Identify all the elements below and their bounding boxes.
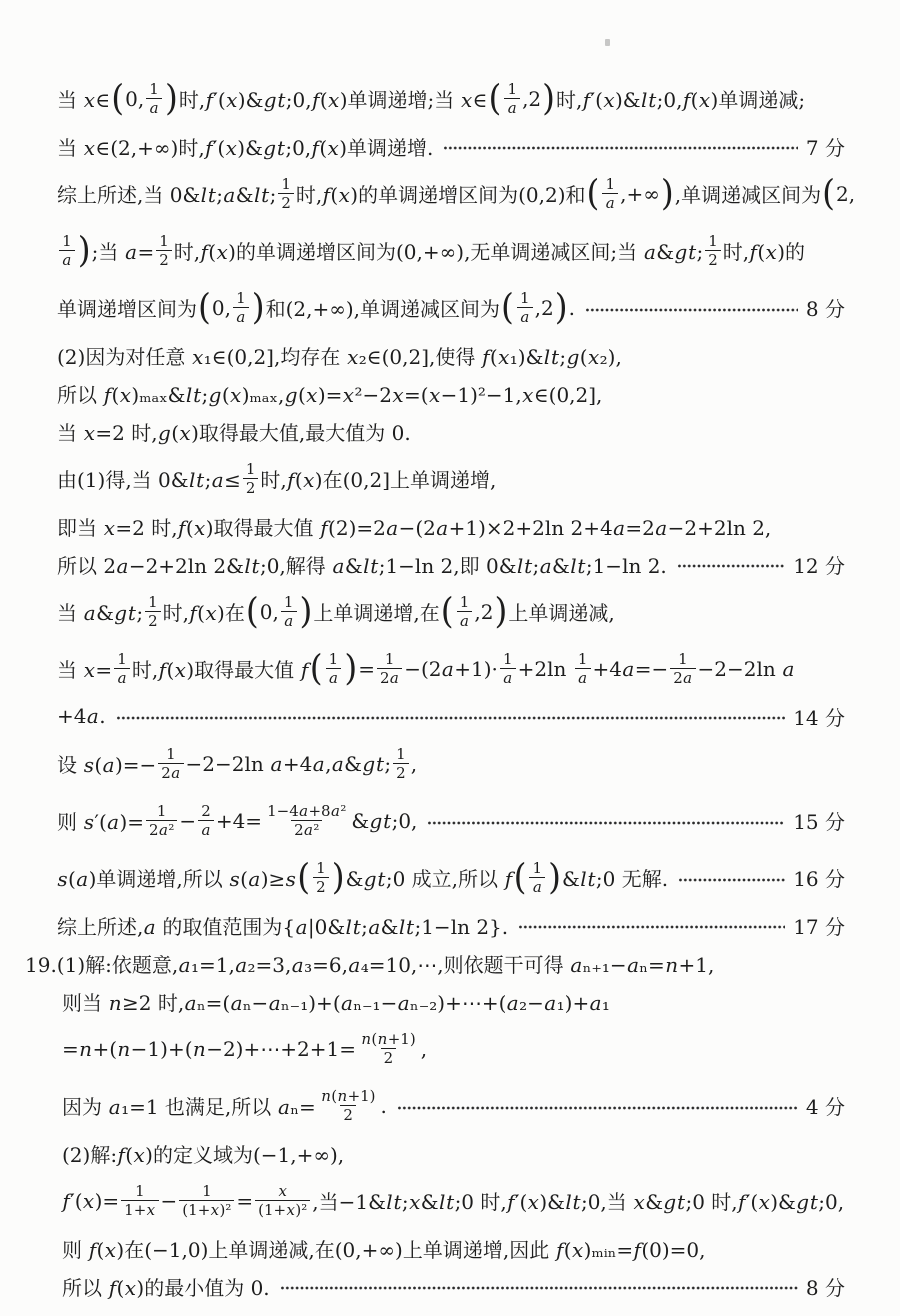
fraction-numerator: n(n+1) [318,1087,379,1105]
text-run: = [236,1189,253,1213]
fraction: 12 [156,232,172,269]
score-marker: 7 分 [806,132,845,161]
text-run: . [569,296,575,320]
fraction-numerator: 1 [393,745,409,763]
fraction-numerator: 1 [675,650,691,668]
text-run: +4a=− [593,657,669,681]
big-close-paren: ) [661,179,674,208]
fraction-numerator: 1 [156,232,172,250]
text-run: 所以 f(x)ₘₐₓ&lt;g(x)ₘₐₓ,g(x)=x²−2x=(x−1)²−… [57,379,602,408]
fraction-numerator: 1 [278,175,294,193]
fraction-denominator: a [575,668,591,687]
text-run: +4a. [57,704,106,728]
solution-line-17: s(a)单调递增,所以 s(a)≥s(12)&gt;0 成立,所以 f(1a)&… [57,849,845,906]
text-run: − [179,809,196,833]
text-run: 0, [125,87,144,111]
big-close-paren: ) [300,597,313,626]
fraction: 1a [59,232,75,269]
fraction-numerator: 1 [154,802,170,820]
solution-line-07: 所以 f(x)ₘₐₓ&lt;g(x)ₘₐₓ,g(x)=x²−2x=(x−1)²−… [57,374,845,412]
dot-leader [677,560,785,572]
big-close-paren: ) [78,236,91,265]
dot-leader [280,1282,798,1294]
big-open-paren: ( [246,597,259,626]
solution-line-03: 综上所述,当 0&lt;a&lt;12时,f(x)的单调递增区间为(0,2)和(… [57,165,845,222]
dot-leader [518,921,785,933]
text-run: 时,f(x)的单调递增区间为(0,+∞),无单调递减区间;当 a&gt; [174,236,704,265]
text-run: 则当 n≥2 时,aₙ=(aₙ−aₙ₋₁)+(aₙ₋₁−aₙ₋₂)+⋯+(a₂−… [62,987,610,1016]
dot-leader [443,142,798,154]
text-run: 上单调递增,在 [313,597,439,626]
text-run: 时,f′(x)&lt;0,f(x)单调递减; [556,84,805,113]
fraction-numerator: 1 [114,650,130,668]
text-run: 即当 x=2 时,f(x)取得最大值 f(2)=2a−(2a+1)×2+2ln … [57,512,771,541]
text-run: 时,f(x)在(0,2]上单调递增, [260,464,496,493]
text-run: − [161,1189,178,1213]
text-run: −(2a+1)· [404,657,498,681]
fraction: 1a [281,593,297,630]
solution-line-23: (2)解:f(x)的定义域为(−1,+∞), [62,1134,845,1172]
fraction-numerator: 1 [243,460,259,478]
text-run: 综上所述,当 0&lt;a&lt; [57,179,276,208]
big-open-paren: ( [297,863,310,892]
fraction-numerator: 1−4a+8a² [264,802,349,820]
score-marker: 16 分 [793,863,845,892]
score-marker: 17 分 [793,911,845,940]
solution-line-12: 当 a&gt;12时,f(x)在(0,1a)上单调递增,在(1a,2)上单调递减… [57,583,845,640]
fraction: 12 [705,232,721,269]
fraction-numerator: 1 [517,289,533,307]
big-close-paren: ) [252,293,265,322]
text-run: 单调递增区间为 [57,293,197,322]
solution-line-11: 所以 2a−2+2ln 2&lt;0,解得 a&lt;1−ln 2,即 0&lt… [57,545,845,583]
text-run: 设 s(a)=− [57,749,156,778]
text-run: 时,f(x)在 [163,597,245,626]
solution-line-14: +4a.14 分 [57,697,845,735]
fraction: 1a [326,650,342,687]
fraction-numerator: 1 [233,289,249,307]
text-run: ,2 [474,600,493,624]
fraction-denominator: 2a [670,668,695,687]
solution-line-25: 则 f(x)在(−1,0)上单调递减,在(0,+∞)上单调递增,因此 f(x)ₘ… [62,1229,845,1267]
fraction: 1a [517,289,533,326]
big-open-paren: ( [501,293,514,322]
fraction-numerator: x [275,1182,290,1200]
dot-leader [116,712,786,724]
text-run: +4= [216,809,262,833]
solution-line-18: 综上所述,a 的取值范围为{a|0&lt;a&lt;1−ln 2}.17 分 [57,906,845,944]
solution-line-09: 由(1)得,当 0&lt;a≤12时,f(x)在(0,2]上单调递增, [57,450,845,507]
fraction-denominator: a [233,307,249,326]
text-run: 综上所述,a 的取值范围为{a|0&lt;a&lt;1−ln 2}. [57,911,508,940]
fraction-numerator: 1 [199,1182,215,1200]
big-open-paren: ( [514,863,527,892]
fraction-numerator: 1 [163,745,179,763]
solution-line-24: f′(x)=11+x−1(1+x)²=x(1+x)²,当−1&lt;x&lt;0… [62,1172,845,1229]
text-run: 当 a&gt; [57,597,143,626]
solution-line-19: 19.(1)解:依题意,a₁=1,a₂=3,a₃=6,a₄=10,⋯,则依题干可… [25,944,845,982]
fraction: 1a [504,80,520,117]
solution-line-01: 当 x∈(0,1a)时,f′(x)&gt;0,f(x)单调递增;当 x∈(1a,… [57,70,845,127]
text-run: 则 f(x)在(−1,0)上单调递减,在(0,+∞)上单调递增,因此 f(x)ₘ… [62,1234,706,1263]
text-run: 上单调递减, [508,597,614,626]
text-run: 0, [212,296,231,320]
fraction-denominator: a [326,668,342,687]
fraction: 2a [198,802,214,839]
fraction-denominator: 2 [145,611,161,630]
fraction-denominator: 1+x [121,1200,158,1219]
text-run: ,2 [535,296,554,320]
text-run: , [421,1037,427,1061]
solution-line-05: 单调递增区间为(0,1a)和(2,+∞),单调递减区间为(1a,2).8 分 [57,279,845,336]
solution-line-16: 则 s′(a)=12a²−2a+4=1−4a+8a²2a²&gt;0,15 分 [57,792,845,849]
fraction-denominator: 2 [393,763,409,782]
text-run: 0, [260,600,279,624]
fraction-numerator: 1 [530,859,546,877]
score-marker: 8 分 [806,1272,845,1301]
text-run: 时,f(x)的 [723,236,805,265]
fraction: 12a [158,745,183,782]
fraction: 12 [313,859,329,896]
text-run: 当 x= [57,654,112,683]
fraction: 12a [377,650,402,687]
fraction-denominator: a [517,307,533,326]
text-run: (2)因为对任意 x₁∈(0,2],均存在 x₂∈(0,2],使得 f(x₁)&… [57,341,622,370]
text-run: 则 s′(a)= [57,806,144,835]
fraction-denominator: a [198,820,214,839]
big-close-paren: ) [542,84,555,113]
big-close-paren: ) [555,293,568,322]
text-run: &gt;0 成立,所以 f [346,863,513,892]
fraction-numerator: 1 [504,80,520,98]
fraction-denominator: 2 [705,250,721,269]
big-open-paren: ( [488,84,501,113]
big-open-paren: ( [587,179,600,208]
fraction-numerator: 1 [500,650,516,668]
fraction-denominator: a [457,611,473,630]
fraction: 12 [393,745,409,782]
text-run: (2)解:f(x)的定义域为(−1,+∞), [62,1139,344,1168]
text-run: . [381,1094,387,1118]
fraction: 1a [500,650,516,687]
fraction-denominator: a [281,611,297,630]
solution-line-13: 当 x=1a时,f(x)取得最大值 f(1a)=12a−(2a+1)·1a+2l… [57,640,845,697]
fraction-numerator: 1 [281,593,297,611]
big-close-paren: ) [332,863,345,892]
fraction-numerator: 1 [457,593,473,611]
scanned-page: 当 x∈(0,1a)时,f′(x)&gt;0,f(x)单调递增;当 x∈(1a,… [0,0,900,1305]
big-open-paren: ( [198,293,211,322]
text-run: 时,f′(x)&gt;0,f(x)单调递增;当 x∈ [179,84,488,113]
fraction: 12 [278,175,294,212]
text-run: 时,f(x)取得最大值 f [132,654,309,683]
fraction-denominator: 2 [340,1105,356,1124]
text-run: ,当−1&lt;x&lt;0 时,f′(x)&lt;0,当 x&gt;0 时,f… [312,1186,844,1215]
big-open-paren: ( [111,84,124,113]
fraction-numerator: 1 [145,593,161,611]
fraction: 1a [575,650,591,687]
big-open-paren: ( [441,597,454,626]
scan-speck [605,39,610,46]
fraction-numerator: 1 [146,80,162,98]
solution-line-02: 当 x∈(2,+∞)时,f′(x)&gt;0,f(x)单调递增.7 分 [57,127,845,165]
dot-leader [678,874,785,886]
fraction: 1−4a+8a²2a² [264,802,349,839]
text-run: 当 x∈ [57,84,110,113]
big-open-paren: ( [822,179,835,208]
fraction-numerator: 1 [382,650,398,668]
fraction-denominator: (1+x)² [255,1200,310,1219]
dot-leader [397,1102,798,1114]
text-run: s(a)单调递增,所以 s(a)≥s [57,863,296,892]
solution-line-04: 1a);当 a=12时,f(x)的单调递增区间为(0,+∞),无单调递减区间;当… [57,222,845,279]
fraction-denominator: 2a² [146,820,177,839]
fraction: 1a [233,289,249,326]
text-run: ,+∞ [620,182,660,206]
score-marker: 15 分 [793,806,845,835]
text-run: 所以 2a−2+2ln 2&lt;0,解得 a&lt;1−ln 2,即 0&lt… [57,550,667,579]
fraction-numerator: 1 [326,650,342,668]
text-run: =n+(n−1)+(n−2)+⋯+2+1= [62,1037,356,1061]
fraction: n(n+1)2 [318,1087,379,1124]
text-run: &lt;0 无解. [562,863,668,892]
fraction-numerator: n(n+1) [358,1030,419,1048]
fraction-denominator: 2 [243,478,259,497]
score-marker: 12 分 [793,550,845,579]
fraction-denominator: 2a² [291,820,322,839]
text-run: , [411,752,417,776]
score-marker: 4 分 [806,1091,845,1120]
fraction-numerator: 1 [59,232,75,250]
fraction-numerator: 1 [705,232,721,250]
fraction-denominator: 2a [158,763,183,782]
text-run: 和(2,+∞),单调递减区间为 [266,293,500,322]
solution-line-10: 即当 x=2 时,f(x)取得最大值 f(2)=2a−(2a+1)×2+2ln … [57,507,845,545]
text-run: 因为 a₁=1 也满足,所以 aₙ= [62,1091,316,1120]
fraction: 12 [243,460,259,497]
fraction: 11+x [121,1182,158,1219]
text-run: −2−2ln a+4a,a&gt; [186,752,392,776]
dot-leader [585,304,798,316]
fraction-denominator: 2 [313,877,329,896]
text-run: = [358,657,375,681]
text-run: 当 x=2 时,g(x)取得最大值,最大值为 0. [57,417,411,446]
text-run: −2−2ln a [698,657,795,681]
fraction: 12a [670,650,695,687]
fraction: 1(1+x)² [179,1182,234,1219]
fraction-denominator: 2 [381,1048,397,1067]
fraction-denominator: a [504,98,520,117]
fraction-denominator: a [602,193,618,212]
score-marker: 8 分 [806,293,845,322]
fraction-numerator: 1 [575,650,591,668]
fraction-denominator: a [114,668,130,687]
text-run: 由(1)得,当 0&lt;a≤ [57,464,241,493]
fraction: 1a [602,175,618,212]
fraction: 1a [529,859,545,896]
fraction-denominator: a [529,877,545,896]
fraction: 1a [146,80,162,117]
fraction-numerator: 1 [313,859,329,877]
solution-line-15: 设 s(a)=−12a−2−2ln a+4a,a&gt;12, [57,735,845,792]
text-run: ;当 a= [92,236,155,265]
fraction-numerator: 1 [132,1182,148,1200]
fraction: x(1+x)² [255,1182,310,1219]
fraction-denominator: (1+x)² [179,1200,234,1219]
fraction-denominator: a [59,250,75,269]
fraction-numerator: 2 [198,802,214,820]
solution-line-06: (2)因为对任意 x₁∈(0,2],均存在 x₂∈(0,2],使得 f(x₁)&… [57,336,845,374]
solution-line-08: 当 x=2 时,g(x)取得最大值,最大值为 0. [57,412,845,450]
fraction: 12 [145,593,161,630]
solution-line-21: =n+(n−1)+(n−2)+⋯+2+1=n(n+1)2, [62,1020,845,1077]
score-marker: 14 分 [793,702,845,731]
solution-line-26: 所以 f(x)的最小值为 0.8 分 [62,1267,845,1305]
text-run: 19.(1)解:依题意,a₁=1,a₂=3,a₃=6,a₄=10,⋯,则依题干可… [25,949,714,978]
text-run: 所以 f(x)的最小值为 0. [62,1272,270,1301]
fraction-denominator: 2a [377,668,402,687]
text-run: 当 x∈(2,+∞)时,f′(x)&gt;0,f(x)单调递增. [57,132,433,161]
text-run: 2, [836,182,855,206]
fraction: 1a [114,650,130,687]
fraction-denominator: a [146,98,162,117]
text-run: ,2 [522,87,541,111]
text-run: 时,f(x)的单调递增区间为(0,2)和 [296,179,586,208]
fraction-denominator: a [500,668,516,687]
text-run: ,单调递减区间为 [675,179,821,208]
text-run: &gt;0, [351,809,417,833]
solution-line-20: 则当 n≥2 时,aₙ=(aₙ−aₙ₋₁)+(aₙ₋₁−aₙ₋₂)+⋯+(a₂−… [62,982,845,1020]
fraction: 1a [457,593,473,630]
fraction: n(n+1)2 [358,1030,419,1067]
solution-line-22: 因为 a₁=1 也满足,所以 aₙ=n(n+1)2.4 分 [62,1077,845,1134]
dot-leader [427,817,785,829]
text-run: +2ln [518,657,573,681]
fraction: 12a² [146,802,177,839]
fraction-numerator: 1 [602,175,618,193]
fraction-denominator: 2 [156,250,172,269]
big-close-paren: ) [548,863,561,892]
text-run: f′(x)= [62,1189,119,1213]
big-close-paren: ) [165,84,178,113]
big-close-paren: ) [344,654,357,683]
big-close-paren: ) [494,597,507,626]
big-open-paren: ( [310,654,323,683]
fraction-denominator: 2 [278,193,294,212]
